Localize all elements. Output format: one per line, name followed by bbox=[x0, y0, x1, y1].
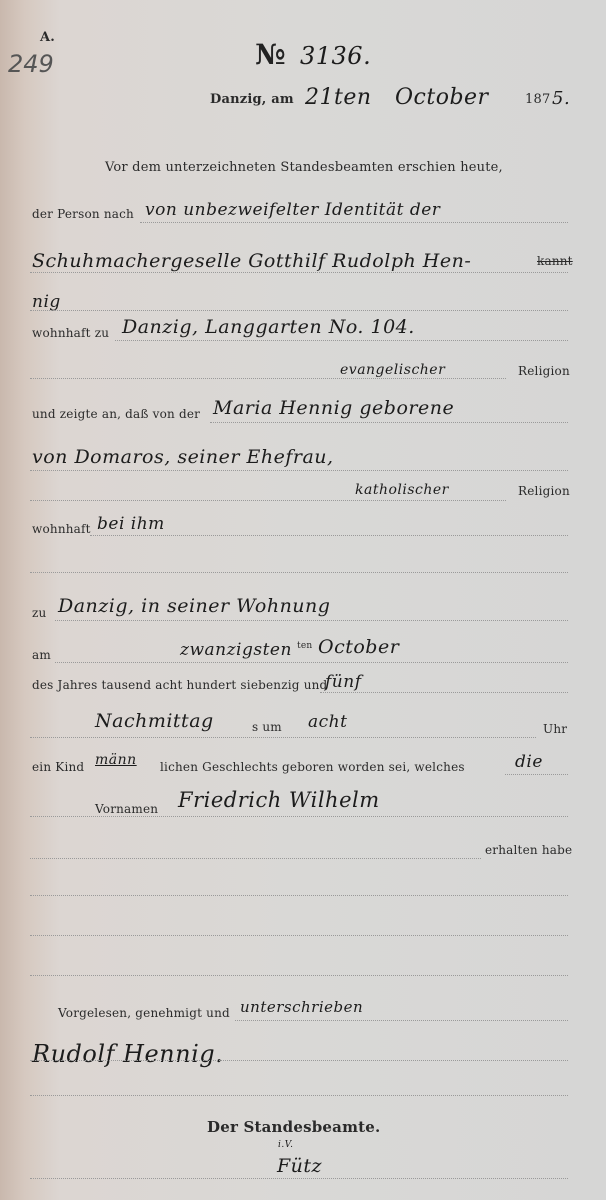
mother-text-2: von Domaros, seiner Ehefrau, bbox=[32, 446, 334, 468]
date-day: 21ten bbox=[305, 85, 372, 110]
person-label: der Person nach bbox=[32, 207, 134, 221]
form-line bbox=[30, 500, 506, 501]
time-label: s um bbox=[252, 720, 282, 734]
year-label: des Jahres tausend acht hundert siebenzi… bbox=[32, 678, 327, 692]
mother-text-1: Maria Hennig geborene bbox=[213, 397, 454, 419]
form-line bbox=[505, 774, 568, 775]
registrar-signature-prefix: i.V. bbox=[278, 1140, 294, 1150]
firstname-text: Friedrich Wilhelm bbox=[178, 788, 380, 812]
form-line bbox=[30, 1095, 568, 1096]
religion-2-text: katholischer bbox=[355, 482, 449, 498]
mother-residence-text: bei ihm bbox=[97, 514, 165, 534]
place-label: zu bbox=[32, 606, 46, 620]
read-text: unterschrieben bbox=[240, 998, 363, 1016]
religion-2-label: Religion bbox=[518, 484, 570, 498]
registrar-label: Der Standesbeamte. bbox=[207, 1118, 380, 1136]
time-text: Nachmittag bbox=[95, 710, 214, 732]
person-text-1: von unbezweifelter Identität der bbox=[145, 200, 440, 220]
form-line bbox=[30, 816, 568, 817]
person-text-2: Schuhmachergeselle Gotthilf Rudolph Hen- bbox=[32, 250, 471, 272]
registrar-signature: Fütz bbox=[277, 1155, 322, 1177]
child-label-2: lichen Geschlechts geboren worden sei, w… bbox=[160, 760, 465, 774]
date-label: am bbox=[32, 648, 51, 662]
pencil-page-number: 249 bbox=[8, 50, 54, 78]
form-line bbox=[30, 1060, 568, 1061]
mother-residence-label: wohnhaft bbox=[32, 522, 91, 536]
form-line bbox=[30, 737, 536, 738]
form-line bbox=[210, 422, 568, 423]
form-line bbox=[140, 222, 568, 223]
year-prefix: 187 bbox=[525, 92, 550, 107]
known-label: kannt bbox=[537, 254, 573, 268]
ten-suffix: ten bbox=[297, 641, 312, 651]
place-text: Danzig, in seiner Wohnung bbox=[58, 595, 330, 617]
form-line bbox=[55, 662, 568, 663]
form-line bbox=[320, 692, 568, 693]
form-line bbox=[55, 620, 568, 621]
form-line bbox=[30, 378, 506, 379]
form-line bbox=[30, 470, 568, 471]
form-line bbox=[30, 272, 568, 273]
child-article-text: die bbox=[515, 752, 543, 772]
residence-text: Danzig, Langgarten No. 104. bbox=[122, 316, 415, 338]
year-suffix: 5. bbox=[552, 88, 570, 109]
form-line bbox=[30, 935, 568, 936]
child-sex-text: männ bbox=[95, 752, 137, 768]
form-line bbox=[90, 535, 568, 536]
religion-1-text: evangelischer bbox=[340, 362, 445, 378]
form-line bbox=[30, 1178, 568, 1179]
child-label-1: ein Kind bbox=[32, 760, 84, 774]
residence-label: wohnhaft zu bbox=[32, 326, 109, 340]
intro-text: Vor dem unterzeichneten Standesbeamten e… bbox=[105, 160, 503, 175]
hour-text: acht bbox=[308, 712, 347, 732]
form-line bbox=[30, 975, 568, 976]
form-line bbox=[235, 1020, 568, 1021]
form-line bbox=[30, 572, 568, 573]
number-symbol: № bbox=[255, 38, 285, 71]
date-month: October bbox=[395, 85, 489, 110]
report-label: und zeigte an, daß von der bbox=[32, 407, 200, 421]
form-line bbox=[30, 895, 568, 896]
read-label: Vorgelesen, genehmigt und bbox=[58, 1006, 230, 1020]
received-label: erhalten habe bbox=[485, 843, 572, 857]
person-text-3: nig bbox=[32, 292, 61, 312]
religion-1-label: Religion bbox=[518, 364, 570, 378]
form-line bbox=[30, 858, 481, 859]
form-line bbox=[30, 310, 568, 311]
city-date-label: Danzig, am bbox=[210, 92, 294, 107]
birth-month-text: October bbox=[318, 636, 399, 658]
uhr-label: Uhr bbox=[543, 722, 567, 736]
declarant-signature: Rudolf Hennig. bbox=[32, 1040, 223, 1068]
record-number: 3136. bbox=[300, 42, 371, 70]
form-line bbox=[115, 340, 568, 341]
firstname-label: Vornamen bbox=[95, 802, 158, 816]
corner-letter: A. bbox=[40, 30, 55, 45]
year-text: fünf bbox=[325, 672, 361, 692]
birth-day-text: zwanzigsten bbox=[180, 640, 292, 660]
